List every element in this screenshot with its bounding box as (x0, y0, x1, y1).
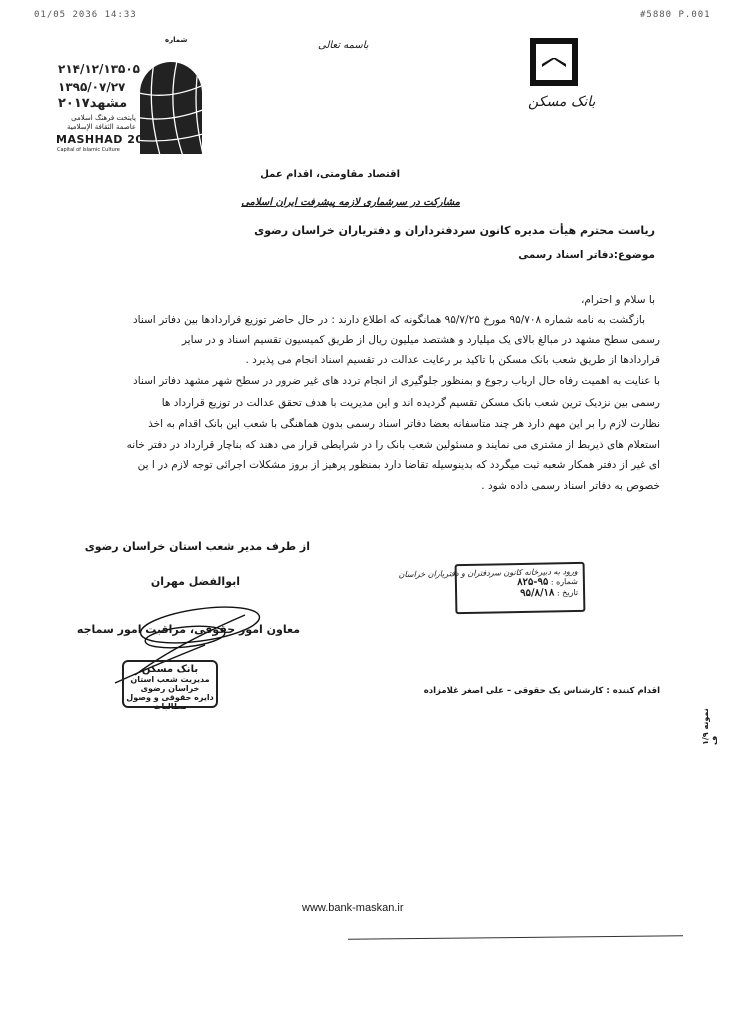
margin-form-code: نمونه ۱/۹ ف (701, 701, 719, 745)
slogan-census: مشارکت در سرشماری لازمه پیشرفت ایران اسل… (250, 193, 460, 213)
bank-seal-stamp: بانک مسکن مدیریت شعب استان خراسان رضوی د… (122, 660, 218, 708)
seal-department: دایره حقوقی و وصول مطالبات (126, 693, 214, 711)
globe-emblem-icon (140, 62, 202, 154)
letter-date: ۱۳۹۵/۰۷/۲۷ (58, 80, 125, 94)
seal-branch: مدیریت شعب استان خراسان رضوی (126, 675, 214, 693)
subject-line: موضوع:دفاتر اسناد رسمی (450, 245, 655, 265)
footer-rule (348, 935, 683, 940)
bank-maskan-logo-icon (530, 38, 578, 86)
slogan-resistance-economy: اقتصاد مقاومتی، اقدام عمل (280, 165, 400, 185)
signatory-title: معاون امور حقوقی، مراقبت امور سماجه (70, 620, 300, 640)
body-line: قراردادها از طریق شعب بانک مسکن با تاکید… (70, 350, 660, 370)
mashhad-2017-title: مشهد۲۰۱۷ (58, 96, 127, 111)
greeting: با سلام و احترام، (500, 290, 655, 310)
receipt-date: ۹۵/۸/۱۸ (520, 587, 554, 599)
body-line: خصوص به دفاتر اسناد رسمی داده شود . (300, 476, 660, 496)
addressee: ریاست محترم هیأت مدیره کانون سردفترداران… (285, 221, 655, 241)
body-line: رسمی سطح مشهد در مبالغ بالای یک میلیارد … (70, 330, 660, 350)
signatory-name: ابوالفضل مهران (120, 572, 240, 592)
body-line: استعلام های ذیربط از مشتری می نمایند و م… (70, 435, 660, 455)
body-line: نظارت لازم را بر این مهم دارد هر چند متا… (70, 414, 660, 434)
bank-website: www.bank-maskan.ir (302, 902, 403, 914)
body-line: ای غیر از دفتر همکار شعبه ثبت میگردد که … (70, 455, 660, 475)
stamp-caption-en-sub: Capital of Islamic Culture (57, 147, 120, 153)
bank-name: بانک مسکن (528, 94, 595, 110)
stamp-number-label: شماره (165, 36, 187, 44)
fax-page-ref: #5880 P.001 (640, 10, 711, 20)
letter-number: ۲۱۴/۱۲/۱۳۵۰۵ (58, 62, 140, 76)
stamp-caption-fa: پایتخت فرهنگ اسلامی (58, 114, 136, 122)
action-by: اقدام کننده : کارشناس یک حقوقی – علی اصغ… (415, 681, 660, 701)
invocation-text: باسمه تعالی (318, 40, 369, 51)
body-line: با عنایت به اهمیت رفاه حال ارباب رجوع و … (70, 371, 660, 391)
body-line: بازگشت به نامه شماره ۹۵/۷۰۸ مورخ ۹۵/۷/۲۵… (70, 310, 645, 330)
receipt-number-label: شماره : (551, 577, 578, 586)
receipt-date-label: تاریخ : (557, 588, 578, 597)
stamp-caption-ar: عاصمة الثقافة الإسلامية (58, 123, 136, 131)
signature-on-behalf: از طرف مدیر شعب استان خراسان رضوی (70, 537, 310, 557)
receipt-stamp: ورود به دبیرخانه کانون سردفتران و دفتریا… (455, 562, 586, 614)
seal-bank-name: بانک مسکن (126, 664, 214, 675)
body-line: رسمی بین نزدیک ترین شعب بانک مسکن تقسیم … (70, 393, 660, 413)
receipt-number: ۹۵-۸۲۵ (517, 577, 548, 589)
fax-datetime: 01/05 2036 14:33 (34, 10, 137, 20)
